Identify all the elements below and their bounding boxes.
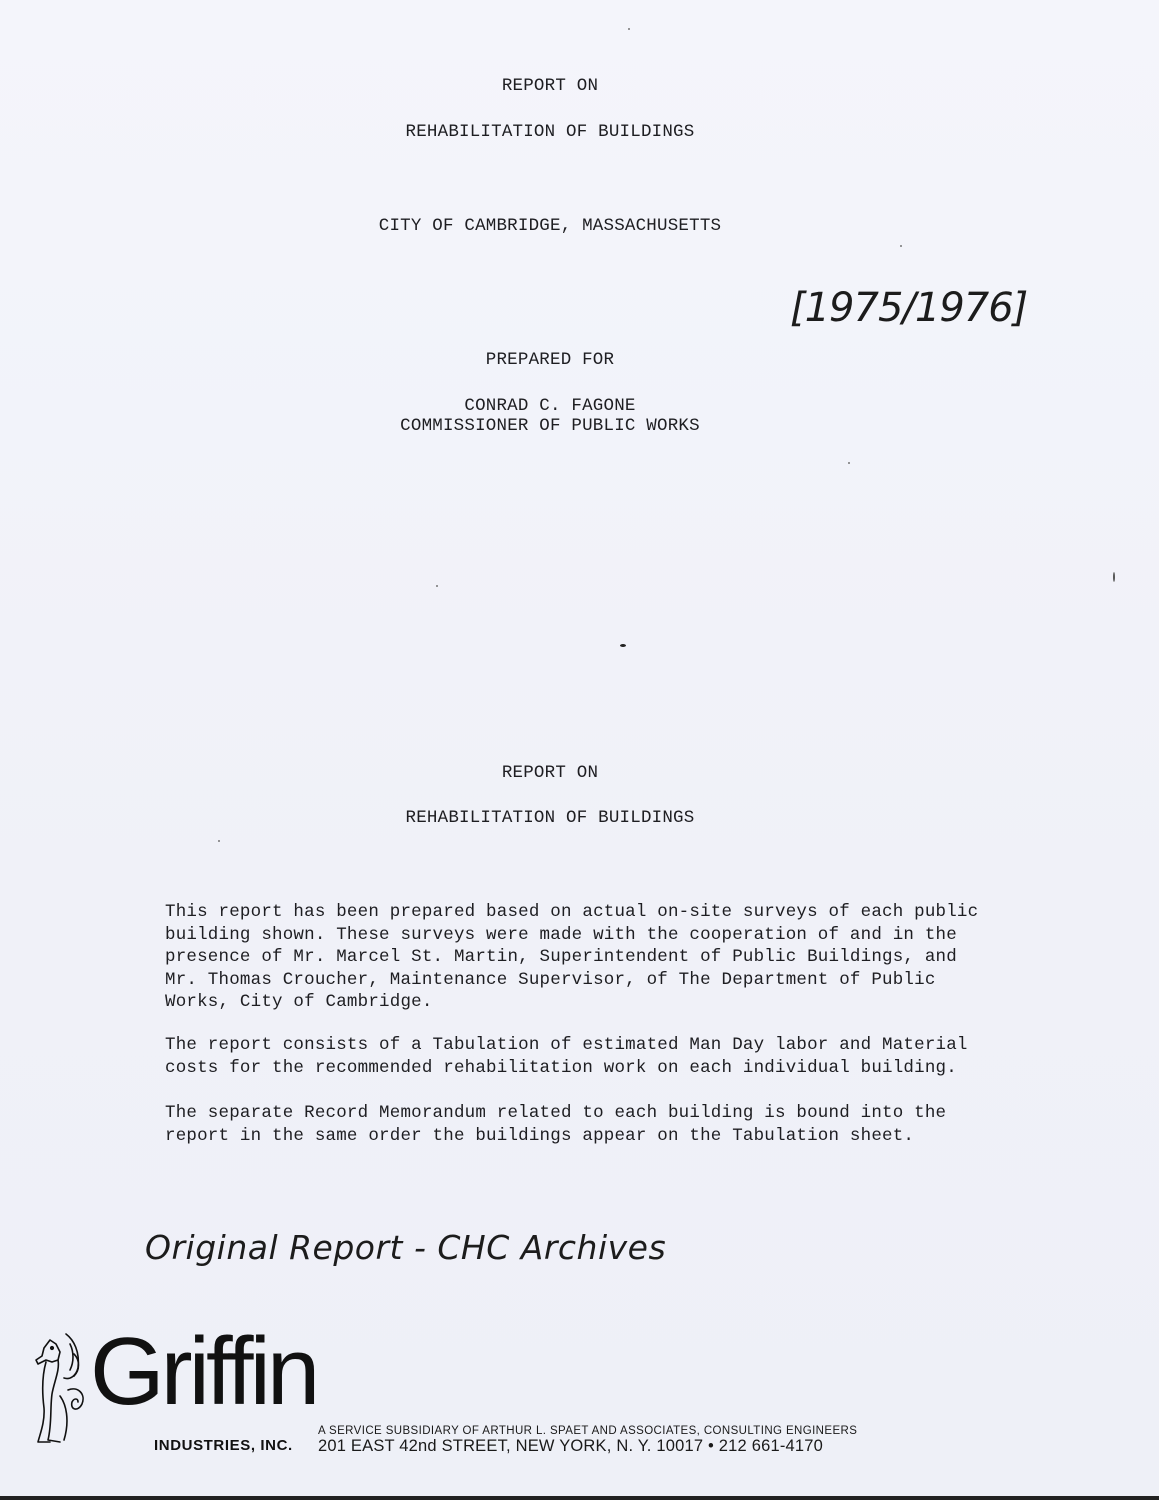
paragraph-surveys: This report has been prepared based on a… — [165, 901, 1045, 1014]
section-title-line1: REPORT ON — [0, 763, 1100, 783]
scan-speck — [620, 644, 626, 647]
paragraph-memorandum: The separate Record Memorandum related t… — [165, 1102, 1045, 1147]
report-title-line2: REHABILITATION OF BUILDINGS — [0, 122, 1100, 142]
footer-address: 201 EAST 42nd STREET, NEW YORK, N. Y. 10… — [318, 1437, 823, 1456]
scan-speck — [628, 28, 630, 30]
scan-speck — [1113, 572, 1115, 582]
logo-subtitle: INDUSTRIES, INC. — [154, 1437, 293, 1454]
logo-wordmark: Griffin — [90, 1324, 316, 1420]
scan-speck — [900, 245, 902, 247]
prepared-for-title: COMMISSIONER OF PUBLIC WORKS — [0, 416, 1100, 436]
footer-tagline: A SERVICE SUBSIDIARY OF ARTHUR L. SPAET … — [318, 1425, 857, 1437]
scan-speck — [848, 462, 850, 464]
prepared-for-name: CONRAD C. FAGONE — [0, 396, 1100, 416]
section-title-line2: REHABILITATION OF BUILDINGS — [0, 808, 1100, 828]
scan-speck — [436, 585, 438, 587]
scan-edge — [0, 1496, 1159, 1500]
handwritten-archive-note: Original Report - CHC Archives — [145, 1228, 666, 1267]
handwritten-date: [1975/1976] — [790, 285, 1027, 331]
company-logo: Griffin INDUSTRIES, INC. — [30, 1328, 300, 1463]
letterhead-footer: Griffin INDUSTRIES, INC. A SERVICE SUBSI… — [0, 1320, 1159, 1500]
report-location: CITY OF CAMBRIDGE, MASSACHUSETTS — [0, 216, 1100, 236]
report-title-line1: REPORT ON — [0, 76, 1100, 96]
paragraph-tabulation: The report consists of a Tabulation of e… — [165, 1034, 1045, 1079]
scan-speck — [218, 840, 220, 842]
prepared-for-label: PREPARED FOR — [0, 350, 1100, 370]
document-page: REPORT ON REHABILITATION OF BUILDINGS CI… — [0, 0, 1159, 1500]
